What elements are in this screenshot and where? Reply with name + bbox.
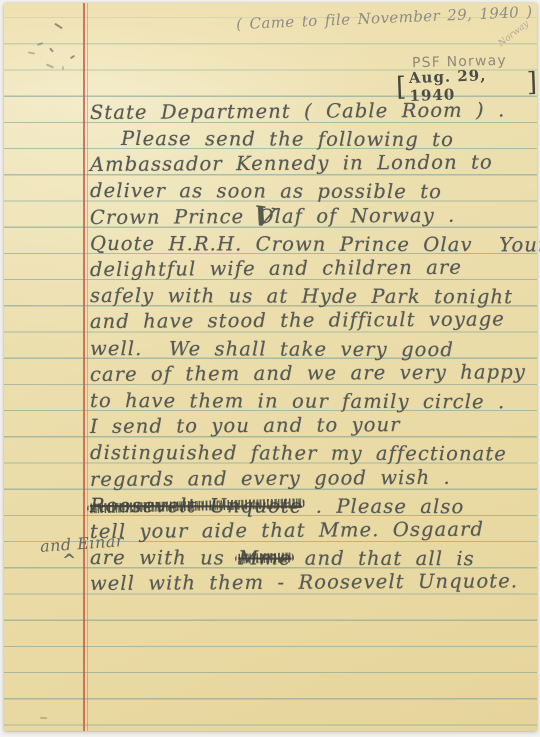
handwriting-text: I send to you and to your bbox=[90, 413, 401, 438]
left-bracket: [ bbox=[396, 74, 407, 100]
margin-rule-line-2 bbox=[87, 3, 88, 731]
handwriting-text: Quote H.R.H. Crown Prince Olav Your bbox=[90, 232, 540, 256]
handwriting-text: well. We shall take very good bbox=[90, 337, 454, 361]
struck-out-text: Roosevelt Unquote bbox=[90, 494, 302, 518]
handwriting-text: care of them and we are very happy bbox=[90, 360, 526, 386]
handwriting-text: . Please also bbox=[302, 494, 464, 518]
margin-rule-line bbox=[83, 3, 85, 731]
handwriting-text: distinguished father my affectionate bbox=[90, 441, 507, 465]
handwriting-text: Ambassador Kennedy in London to bbox=[90, 151, 493, 176]
right-bracket: ] bbox=[526, 70, 537, 96]
handwriting-line: tell your aide that Mme. Osgaard bbox=[90, 517, 484, 546]
handwriting-line: Ambassador Kennedy in London to bbox=[90, 151, 493, 180]
handwriting-text: to have them in our family circle . bbox=[90, 389, 505, 413]
handwriting-line: well with them - Roosevelt Unquote. bbox=[90, 570, 518, 600]
handwriting-line: care of them and we are very happy bbox=[90, 360, 526, 390]
yellow-legal-paper: ( Came to file November 29, 1940 ) Norwa… bbox=[4, 3, 537, 731]
handwriting-line: State Department ( Cable Room ) . bbox=[90, 98, 506, 128]
struck-out-text: Mme bbox=[238, 547, 291, 570]
handwriting-text: well with them - Roosevelt Unquote. bbox=[90, 570, 518, 596]
handwriting-line: and have stood the difficult voyage bbox=[90, 308, 505, 338]
handwriting-text: safely with us at Hyde Park tonight bbox=[90, 284, 513, 308]
handwriting-text: delightful wife and children are bbox=[90, 256, 462, 281]
scanned-document-page: { "document": { "kind": "handwritten-dra… bbox=[0, 0, 540, 737]
handwriting-text: regards and every good wish . bbox=[90, 465, 451, 490]
insertion-caret: ^ bbox=[62, 551, 76, 571]
handwriting-text: and that all is bbox=[291, 547, 474, 571]
handwriting-line: regards and every good wish . bbox=[90, 465, 451, 494]
handwriting-line: delightful wife and children are bbox=[90, 256, 462, 285]
handwriting-text: Crown Prince Olaf of Norway . bbox=[90, 203, 456, 228]
handwriting-text: and have stood the difficult voyage bbox=[90, 308, 505, 334]
handwriting-text: tell your aide that Mme. Osgaard bbox=[90, 517, 484, 542]
handwriting-line: I send to you and to your bbox=[90, 413, 401, 442]
handwriting-text: are with us bbox=[90, 546, 238, 569]
handwriting-text: State Department ( Cable Room ) . bbox=[90, 98, 506, 124]
pencil-smudge bbox=[40, 717, 47, 719]
pencil-smudge bbox=[62, 66, 65, 70]
handwriting-text: Please send the following to bbox=[121, 127, 454, 151]
handwriting-text: deliver as soon as possible to bbox=[90, 179, 442, 203]
handwriting-line: Crown Prince Olaf of Norway . bbox=[90, 203, 456, 232]
